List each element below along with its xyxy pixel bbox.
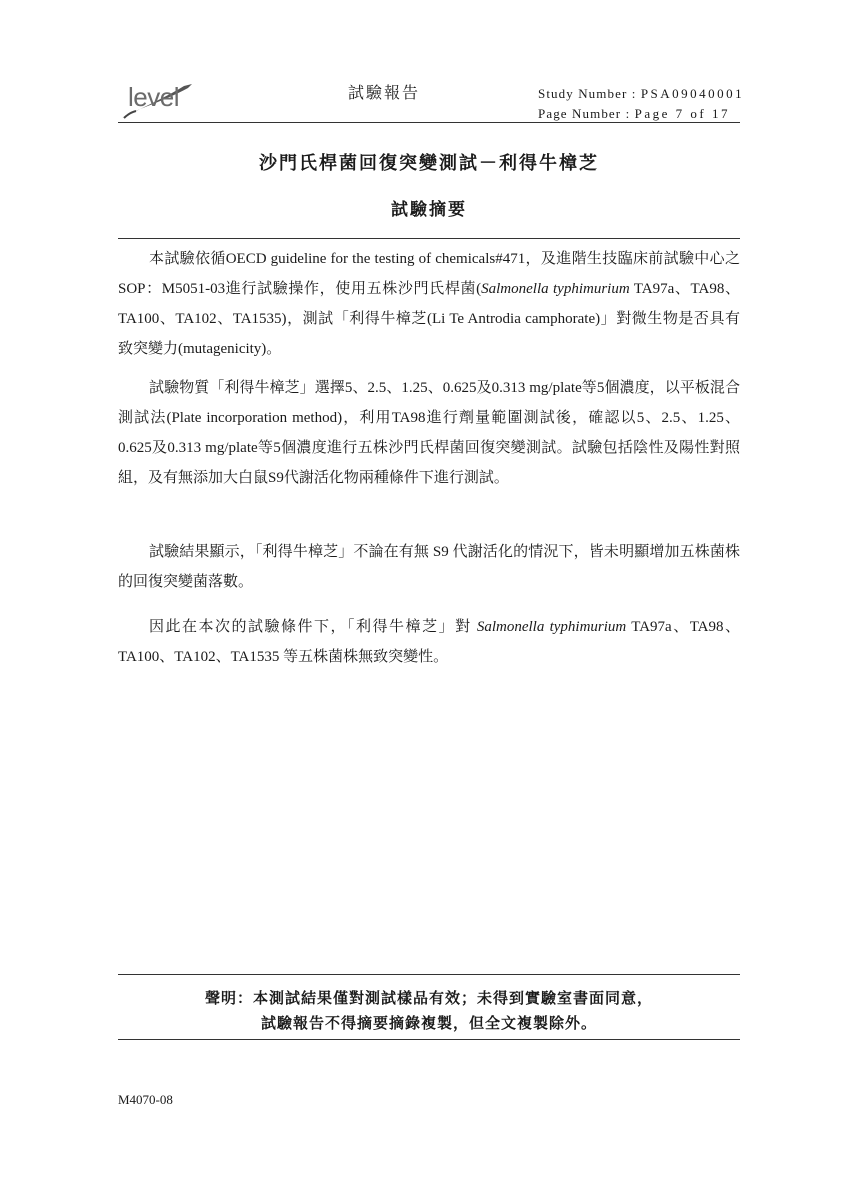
paragraph-conclusion: 因此在本次的試驗條件下，「利得牛樟芝」對 Salmonella typhimur… [118, 612, 740, 672]
study-number-value: PSA09040001 [641, 86, 744, 101]
header-divider [118, 122, 740, 123]
disclaimer-line-2: 試驗報告不得摘要摘錄複製，但全文複製除外。 [118, 1012, 740, 1037]
form-code: M4070-08 [118, 1092, 173, 1108]
species-name: Salmonella typhimurium [481, 281, 630, 297]
title-divider [118, 238, 740, 239]
paragraph-results: 試驗結果顯示，「利得牛樟芝」不論在有無 S9 代謝活化的情況下，皆未明顯增加五株… [118, 537, 740, 597]
paragraph-test-substance: 試驗物質「利得牛樟芝」選擇5、2.5、1.25、0.625及0.313 mg/p… [118, 373, 740, 493]
document-subtitle: 試驗摘要 [118, 195, 740, 220]
disclaimer-top-divider [118, 974, 740, 975]
disclaimer-bottom-divider [118, 1039, 740, 1040]
page-number-label: Page Number : [538, 106, 635, 121]
disclaimer: 聲明：本測試結果僅對測試樣品有效；未得到實驗室書面同意， 試驗報告不得摘要摘錄複… [118, 987, 740, 1037]
level-logo: level [118, 78, 208, 122]
document-title: 沙門氏桿菌回復突變測試－利得牛樟芝 [118, 149, 740, 175]
report-title: 試驗報告 [348, 80, 420, 103]
page-number-value: Page 7 of 17 [635, 106, 730, 121]
page-number: Page Number : Page 7 of 17 [538, 104, 744, 124]
logo-text: level [128, 82, 179, 113]
study-meta: Study Number : PSA09040001 Page Number :… [538, 84, 744, 124]
paragraph-text: 因此在本次的試驗條件下，「利得牛樟芝」對 [149, 619, 477, 635]
paragraph-method: 本試驗依循OECD guideline for the testing of c… [118, 244, 740, 364]
study-number-label: Study Number : [538, 86, 641, 101]
species-name: Salmonella typhimurium [477, 619, 626, 635]
disclaimer-line-1: 聲明：本測試結果僅對測試樣品有效；未得到實驗室書面同意， [118, 987, 740, 1012]
study-number: Study Number : PSA09040001 [538, 84, 744, 104]
